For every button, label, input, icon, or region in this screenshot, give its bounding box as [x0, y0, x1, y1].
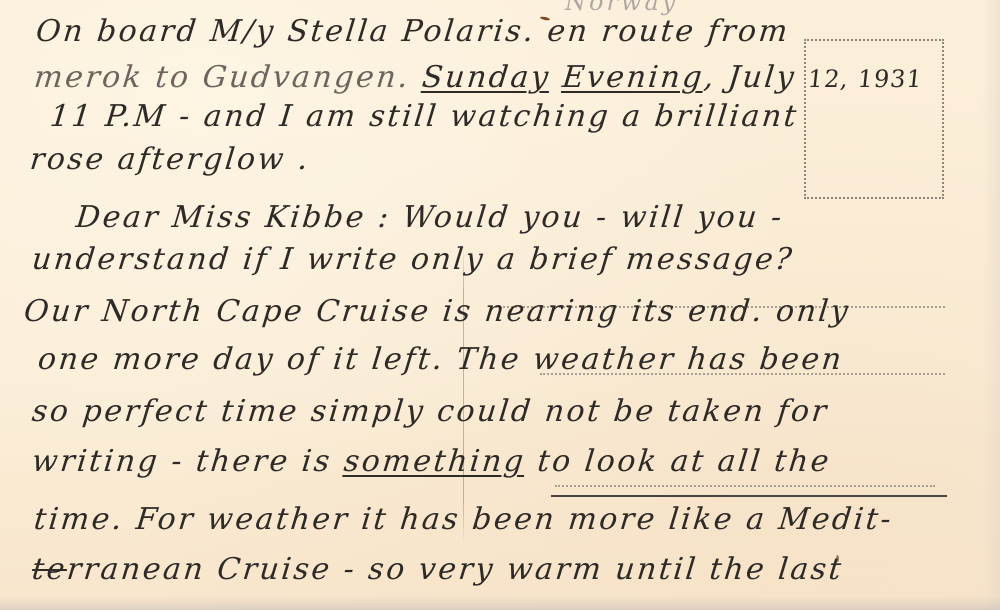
handwritten-line-11: time. For weather it has been more like …	[32, 500, 895, 540]
line-text: understand if I write only a brief messa…	[30, 242, 795, 277]
handwritten-line-7: Our North Cape Cruise is nearing its end…	[22, 292, 852, 332]
paper-edge-shadow	[982, 0, 1000, 610]
handwritten-line-4: rose afterglow .	[28, 140, 312, 180]
line-text: On board M/y Stella Polaris. en route fr…	[34, 14, 791, 49]
handwritten-line-3: 11 P.M - and I am still watching a brill…	[48, 97, 800, 137]
line-text: rose afterglow .	[28, 142, 312, 177]
address-guide-dotted-3	[555, 485, 935, 487]
line-text: time. For weather it has been more like …	[32, 502, 895, 537]
line-text: so perfect time simply could not be take…	[30, 394, 830, 429]
handwritten-line-5-salutation: Dear Miss Kibbe : Would you - will you -	[74, 198, 786, 238]
line-text: one more day of it left. The weather has…	[36, 342, 845, 377]
handwritten-line-2: merok to Gudvangen. Sunday Evening, July…	[32, 58, 925, 99]
postcard-back: Norway On board M/y Stella Polaris. en r…	[0, 0, 1000, 610]
handwritten-line-12: terranean Cruise - so very warm until th…	[30, 550, 845, 590]
handwritten-line-8: one more day of it left. The weather has…	[36, 340, 846, 380]
handwritten-line-9: so perfect time simply could not be take…	[30, 392, 831, 432]
line-text: 11 P.M - and I am still watching a brill…	[48, 99, 800, 134]
underlined-word: Sunday	[420, 60, 552, 95]
line-text: Dear Miss Kibbe : Would you - will you -	[74, 200, 785, 235]
handwritten-line-1: On board M/y Stella Polaris. en route fr…	[34, 12, 792, 52]
struck-through-text: te	[30, 552, 68, 587]
address-guide-solid	[551, 495, 947, 497]
letter-date: 12, 1931	[806, 65, 924, 93]
line-text: Our North Cape Cruise is nearing its end…	[22, 294, 852, 329]
underlined-word: Evening	[561, 60, 706, 95]
handwritten-line-10: writing - there is something to look at …	[30, 442, 833, 482]
line-text: merok to Gudvangen.	[32, 60, 424, 95]
underlined-word: something	[342, 444, 527, 479]
handwritten-line-6: understand if I write only a brief messa…	[30, 240, 796, 280]
